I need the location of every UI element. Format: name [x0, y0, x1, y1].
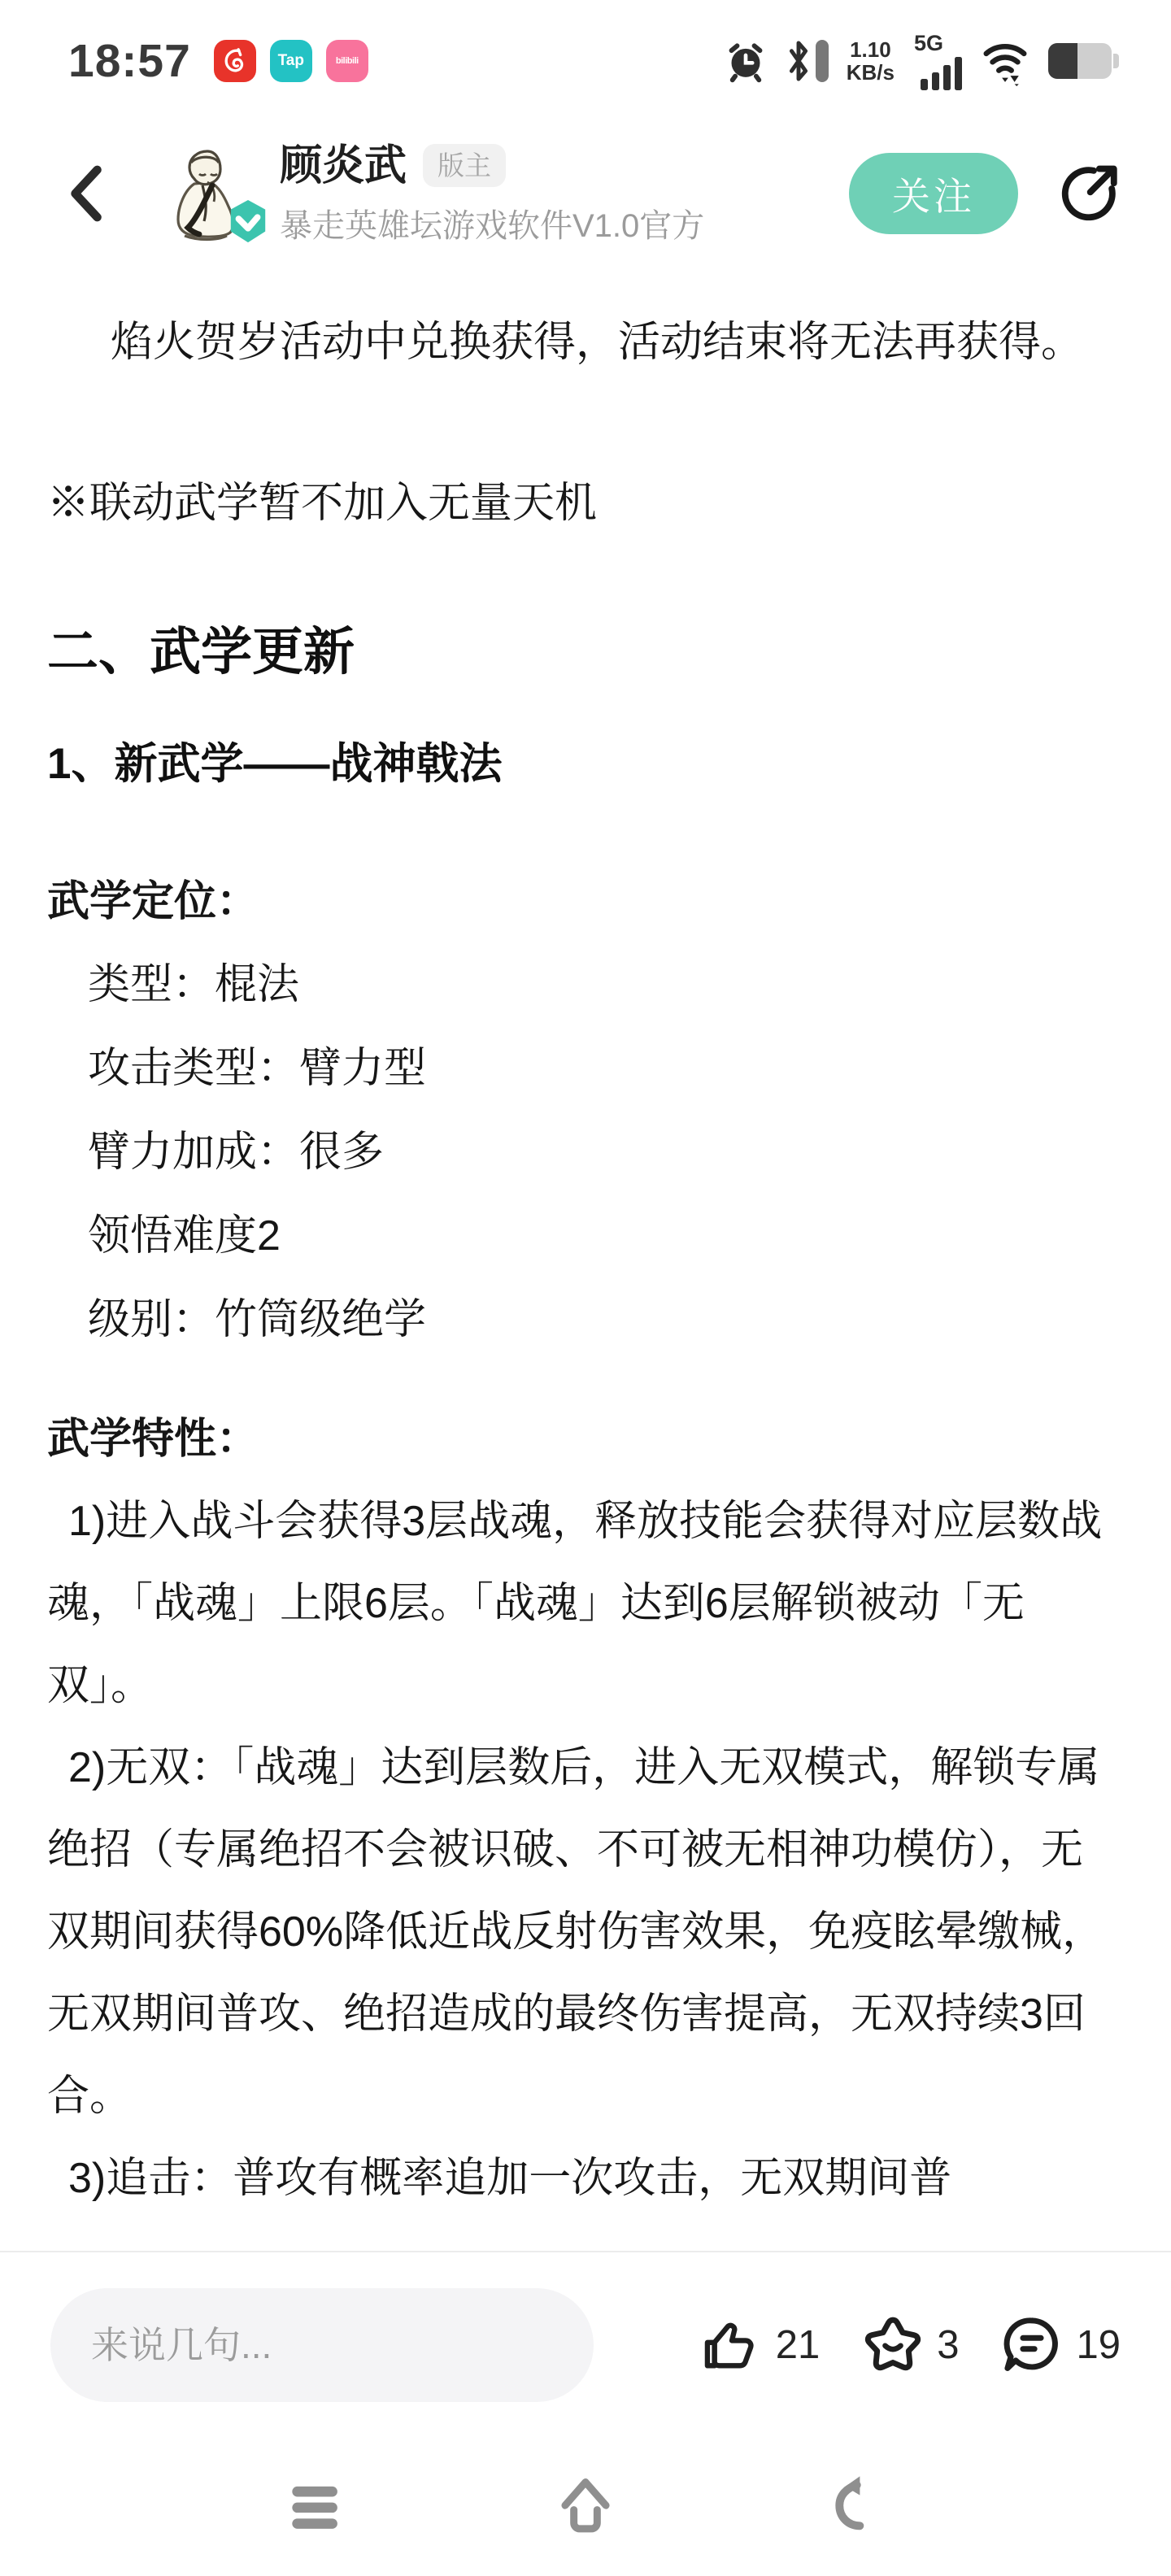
- comment-bar: 21 3 19: [0, 2251, 1171, 2438]
- network-speed: 1.10 KB/s: [847, 38, 895, 84]
- bluetooth-battery-icon: [816, 40, 829, 82]
- comment-count: 19: [1076, 2322, 1121, 2368]
- home-button[interactable]: [551, 2472, 620, 2542]
- bilibili-label: bilibili: [336, 56, 359, 66]
- back-nav-button[interactable]: [821, 2472, 890, 2542]
- bilibili-icon: bilibili: [326, 40, 368, 82]
- username[interactable]: 顾炎武: [280, 141, 407, 190]
- positioning-list: 类型：棍法 攻击类型：臂力型 臂力加成：很多 领悟难度2 级别：竹筒级绝学: [47, 943, 1124, 1362]
- taptap-label: Tap: [278, 52, 304, 70]
- notification-icons: Tap bilibili: [214, 40, 368, 82]
- section-heading: 二、武学更新: [47, 615, 1124, 690]
- avatar[interactable]: [158, 141, 257, 246]
- back-arrow-icon: [821, 2472, 890, 2542]
- traits-title: 武学特性：: [47, 1398, 1124, 1481]
- list-item: 类型：棍法: [88, 943, 1124, 1027]
- back-button[interactable]: [65, 164, 106, 223]
- system-nav-bar: [0, 2438, 1171, 2576]
- note-paragraph: ※联动武学暂不加入无量天机: [47, 462, 1124, 545]
- network-type-label: 5G: [914, 33, 943, 54]
- cellular-signal: 5G: [912, 33, 962, 90]
- share-button[interactable]: [1056, 160, 1122, 227]
- trait-paragraph-2: 2)无双：「战魂」达到层数后，进入无双模式，解锁专属绝招（专属绝招不会被识破、不…: [47, 1727, 1124, 2138]
- list-item: 攻击类型：臂力型: [88, 1027, 1124, 1111]
- forum-subtitle[interactable]: 暴走英雄坛游戏软件V1.0官方: [280, 200, 704, 246]
- follow-button[interactable]: 关注: [849, 153, 1018, 234]
- list-item: 级别：竹筒级绝学: [88, 1278, 1124, 1362]
- status-bar: 18:57 Tap bilibili 1.10 KB/s 5G: [0, 0, 1171, 107]
- verified-badge-icon: [226, 198, 270, 246]
- comment-input[interactable]: [50, 2288, 594, 2402]
- favorite-count: 3: [937, 2322, 959, 2368]
- favorite-button[interactable]: 3: [862, 2314, 959, 2376]
- recents-button[interactable]: [281, 2472, 350, 2542]
- signal-bars-icon: [921, 57, 962, 90]
- list-item: 臂力加成：很多: [88, 1111, 1124, 1194]
- battery-icon: [1048, 43, 1119, 79]
- taptap-icon: Tap: [270, 40, 312, 82]
- net-speed-unit: KB/s: [847, 61, 895, 84]
- trait-paragraph-1: 1)进入战斗会获得3层战魂，释放技能会获得对应层数战魂，「战魂」上限6层。「战魂…: [47, 1481, 1124, 1727]
- wifi-icon: [980, 36, 1030, 86]
- net-speed-value: 1.10: [850, 38, 891, 61]
- intro-paragraph: 焰火贺岁活动中兑换获得，活动结束将无法再获得。: [47, 301, 1124, 384]
- share-icon: [1056, 160, 1122, 227]
- moderator-badge: 版主: [423, 144, 506, 187]
- star-smile-icon: [862, 2314, 924, 2376]
- user-meta: 顾炎武 版主 暴走英雄坛游戏软件V1.0官方: [280, 141, 704, 246]
- bluetooth-icon: [786, 39, 829, 83]
- like-button[interactable]: 21: [701, 2314, 821, 2376]
- status-indicators: 1.10 KB/s 5G: [723, 33, 1119, 90]
- comment-button[interactable]: 19: [1001, 2314, 1121, 2376]
- post-actions: 21 3 19: [701, 2314, 1121, 2376]
- post-header: 顾炎武 版主 暴走英雄坛游戏软件V1.0官方 关注: [0, 107, 1171, 280]
- like-count: 21: [776, 2322, 821, 2368]
- list-item: 领悟难度2: [88, 1194, 1124, 1278]
- clock-time: 18:57: [68, 34, 191, 88]
- post-body: 焰火贺岁活动中兑换获得，活动结束将无法再获得。 ※联动武学暂不加入无量天机 二、…: [0, 280, 1171, 2220]
- alarm-icon: [723, 38, 768, 84]
- trait-paragraph-3: 3)追击：普攻有概率追加一次攻击，无双期间普: [47, 2138, 1124, 2220]
- comment-bubble-icon: [1001, 2314, 1063, 2376]
- home-icon: [551, 2472, 620, 2542]
- netease-music-icon: [214, 40, 256, 82]
- sub-heading: 1、新武学——战神戟法: [47, 732, 1124, 797]
- menu-icon: [281, 2472, 350, 2542]
- positioning-title: 武学定位：: [47, 860, 1124, 943]
- thumbs-up-icon: [701, 2314, 763, 2376]
